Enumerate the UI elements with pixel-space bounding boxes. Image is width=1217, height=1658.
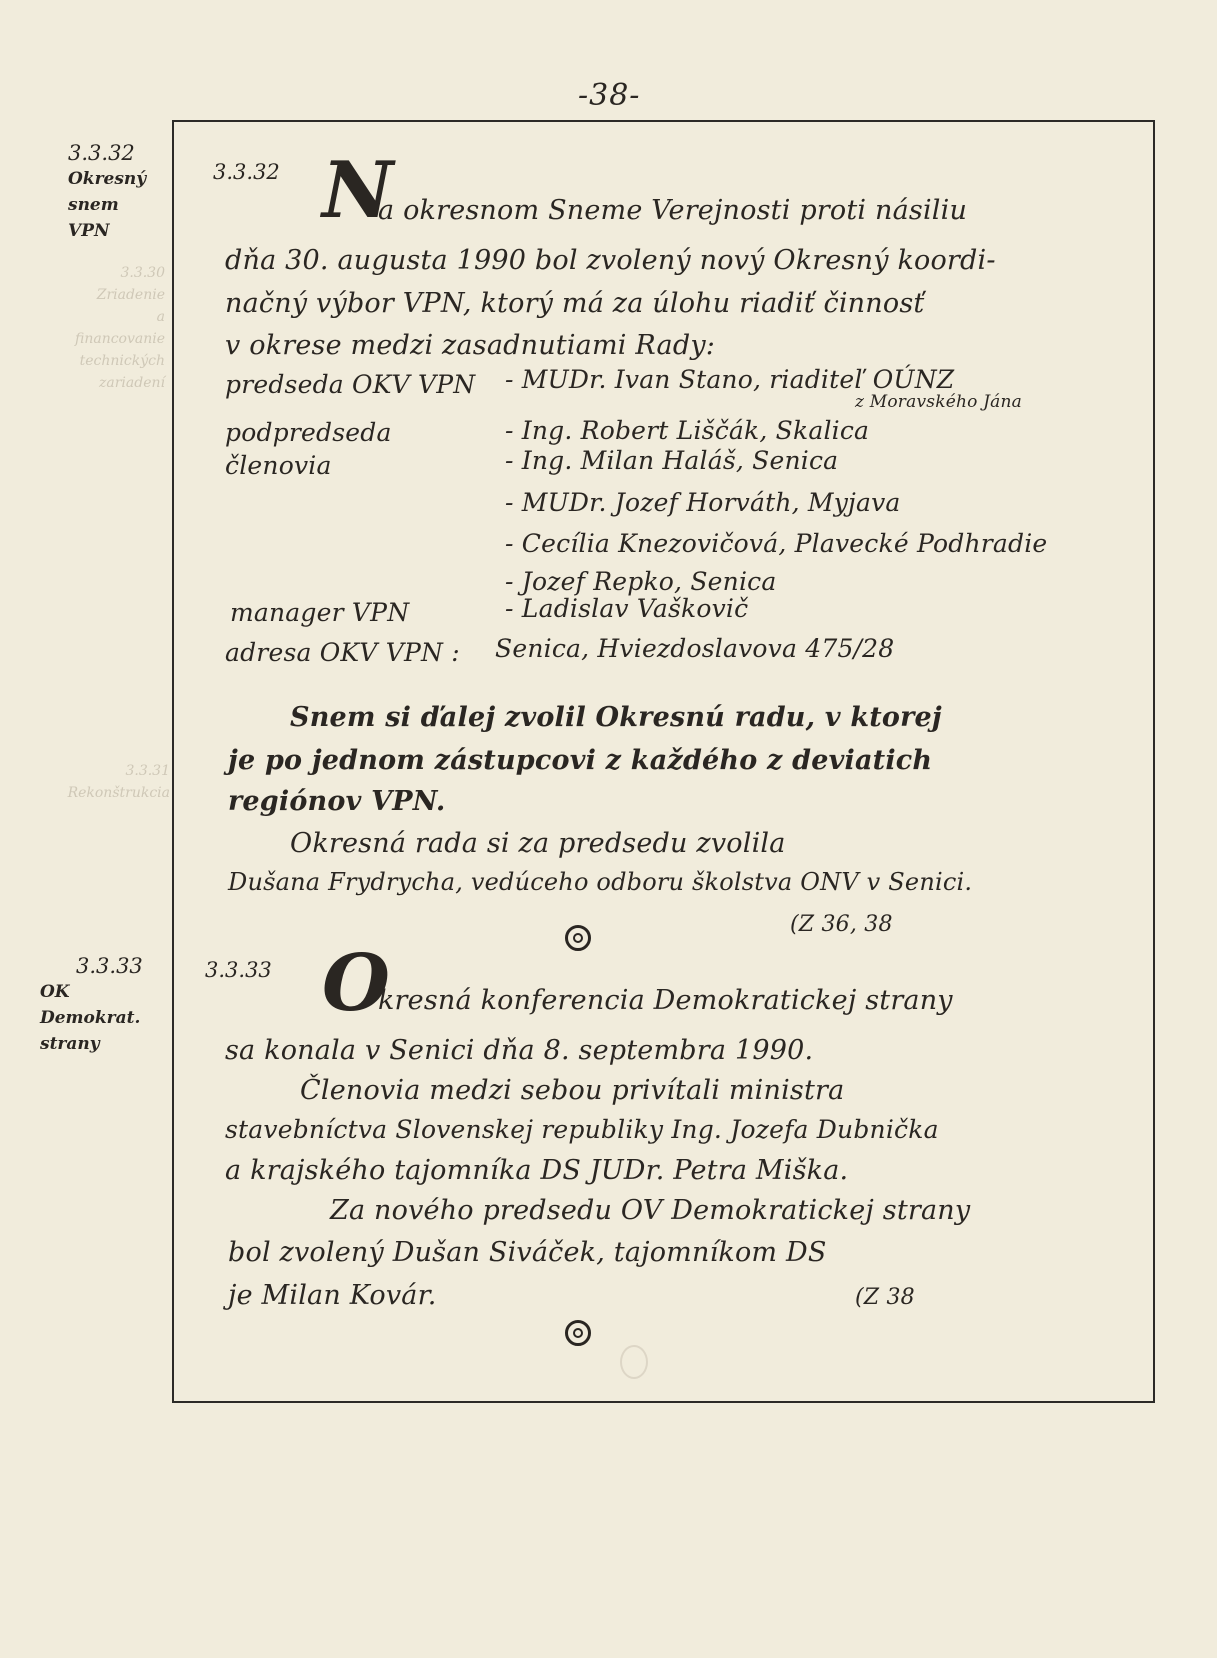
section-end-mark: [565, 1320, 591, 1346]
entry-line: a okresnom Sneme Verejnosti proti násili…: [378, 195, 967, 226]
entry-line: Členovia medzi sebou privítali ministra: [300, 1075, 844, 1106]
entry-line: v okrese medzi zasadnutiami Rady:: [225, 330, 715, 361]
bleed-line: financovanie: [75, 328, 165, 350]
committee-person: Senica, Hviezdoslavova 475/28: [495, 634, 894, 663]
committee-role: manager VPN: [230, 598, 409, 627]
paragraph-line: Dušana Frydrycha, vedúceho odboru školst…: [228, 868, 972, 896]
bleed-through-mark: [620, 1345, 648, 1379]
entry-line: dňa 30. augusta 1990 bol zvolený nový Ok…: [225, 245, 996, 276]
bleed-line: 3.3.31: [60, 760, 170, 782]
committee-person: - Ing. Robert Liščák, Skalica: [505, 416, 869, 445]
committee-role: adresa OKV VPN :: [225, 638, 460, 667]
committee-person: - MUDr. Ivan Stano, riaditeľ OÚNZ: [505, 365, 954, 394]
paragraph-line: regiónov VPN.: [228, 786, 445, 817]
committee-role: predseda OKV VPN: [225, 370, 475, 399]
bleed-through-margin: 3.3.30 Zriadenie a financovanie technick…: [75, 262, 165, 394]
entry-number: 3.3.32: [213, 160, 280, 184]
margin-note-3-3-32: 3.3.32 Okresný snem VPN: [68, 140, 146, 244]
margin-note-line: Demokrat.: [40, 1005, 143, 1031]
margin-note-3-3-33: 3.3.33 OK Demokrat. strany: [40, 953, 143, 1057]
paragraph-line: Snem si ďalej zvolil Okresnú radu, v kto…: [290, 702, 942, 733]
bleed-line: Zriadenie: [75, 284, 165, 306]
bleed-line: technických: [75, 350, 165, 372]
entry-line: a krajského tajomníka DS JUDr. Petra Miš…: [225, 1155, 848, 1186]
margin-note-line: VPN: [68, 218, 146, 244]
committee-person: - MUDr. Jozef Horváth, Myjava: [505, 488, 901, 517]
margin-note-number: 3.3.32: [68, 140, 146, 166]
margin-note-line: snem: [68, 192, 146, 218]
entry-line: Za nového predsedu OV Demokratickej stra…: [330, 1195, 970, 1226]
bleed-line: 3.3.30: [75, 262, 165, 284]
committee-person: - Ladislav Vaškovič: [505, 594, 748, 623]
entry-line: sa konala v Senici dňa 8. septembra 1990…: [225, 1035, 813, 1066]
paragraph-line: je po jednom zástupcovi z každého z devi…: [228, 745, 932, 776]
bleed-line: zariadení: [75, 372, 165, 394]
paragraph-line: Okresná rada si za predsedu zvolila: [290, 828, 786, 859]
entry-line: stavebníctva Slovenskej republiky Ing. J…: [225, 1115, 939, 1144]
section-end-mark: [565, 925, 591, 951]
committee-role: podpredseda: [225, 418, 392, 447]
reference: (Z 36, 38: [790, 912, 893, 937]
committee-note: z Moravského Jána: [855, 392, 1022, 412]
committee-person: - Cecília Knezovičová, Plavecké Podhradi…: [505, 529, 1047, 558]
entry-line: kresná konferencia Demokratickej strany: [378, 985, 953, 1016]
bleed-line: a: [75, 306, 165, 328]
entry-line: načný výbor VPN, ktorý má za úlohu riadi…: [225, 288, 924, 319]
reference: (Z 38: [855, 1285, 915, 1310]
bleed-through-margin-2: 3.3.31 Rekonštrukcia: [60, 760, 170, 804]
entry-number: 3.3.33: [205, 958, 272, 982]
page-number: -38-: [578, 78, 640, 113]
margin-note-line: Okresný: [68, 166, 146, 192]
margin-note-line: OK: [40, 979, 143, 1005]
committee-person: - Ing. Milan Haláš, Senica: [505, 446, 838, 475]
committee-person: - Jozef Repko, Senica: [505, 567, 776, 596]
bleed-line: Rekonštrukcia: [60, 782, 170, 804]
margin-note-line: strany: [40, 1031, 143, 1057]
margin-note-number: 3.3.33: [40, 953, 143, 979]
committee-role: členovia: [225, 451, 332, 480]
entry-line: je Milan Kovár.: [228, 1280, 437, 1311]
entry-line: bol zvolený Dušan Siváček, tajomníkom DS: [228, 1237, 827, 1268]
